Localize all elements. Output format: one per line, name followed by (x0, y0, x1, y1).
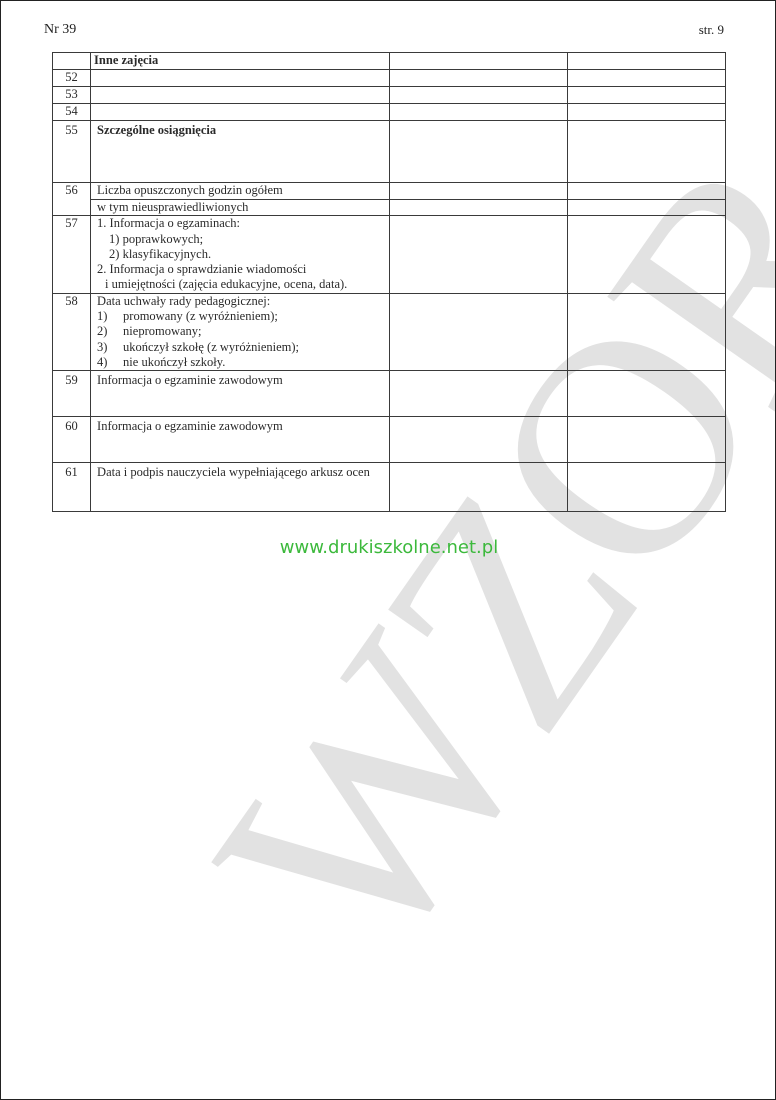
entry-cell[interactable] (567, 417, 725, 463)
row-label: 1. Informacja o egzaminach: 1) poprawkow… (91, 216, 390, 293)
row-label: w tym nieusprawiedliwionych (91, 200, 390, 216)
table-row-special-achievements: 55 Szczególne osiągnięcia (53, 121, 726, 183)
list-item-number: 1) (97, 309, 123, 324)
row-number: 52 (53, 70, 91, 87)
entry-cell[interactable] (567, 121, 725, 183)
table-row-teacher-signature: 61 Data i podpis nauczyciela wypełniając… (53, 463, 726, 512)
row-label: Data i podpis nauczyciela wypełniającego… (91, 463, 390, 512)
entry-cell[interactable] (567, 463, 725, 512)
row-label-title: Data uchwały rady pedagogicznej: (97, 294, 383, 309)
entry-cell[interactable] (390, 183, 567, 200)
entry-cell[interactable] (390, 121, 567, 183)
entry-cell[interactable] (390, 371, 567, 417)
list-item: 4)nie ukończył szkoły. (97, 355, 383, 370)
entry-cell[interactable] (390, 104, 567, 121)
entry-cell[interactable] (567, 200, 725, 216)
entry-cell[interactable] (567, 371, 725, 417)
row-label[interactable] (91, 104, 390, 121)
entry-cell[interactable] (567, 104, 725, 121)
list-item: 1)promowany (z wyróżnieniem); (97, 309, 383, 324)
table-row-section-header: Inne zajęcia (53, 53, 726, 70)
entry-cell[interactable] (567, 87, 725, 104)
row-number: 59 (53, 371, 91, 417)
row-number: 55 (53, 121, 91, 183)
table-row: 52 (53, 70, 726, 87)
row-label-line: 2) klasyfikacyjnych. (97, 247, 383, 262)
list-item-text: niepromowany; (123, 324, 201, 338)
entry-cell[interactable] (390, 463, 567, 512)
table-row: 54 (53, 104, 726, 121)
grade-sheet-table: Inne zajęcia 52 53 54 55 Szczególne osią… (52, 52, 726, 512)
row-number: 60 (53, 417, 91, 463)
row-label: Szczególne osiągnięcia (91, 121, 390, 183)
row-number: 57 (53, 216, 91, 293)
entry-cell[interactable] (567, 183, 725, 200)
list-item: 2)niepromowany; (97, 324, 383, 339)
row-label-line: 1) poprawkowych; (97, 232, 383, 247)
entry-cell[interactable] (390, 53, 567, 70)
table-row-absences-unexcused: w tym nieusprawiedliwionych (53, 200, 726, 216)
entry-cell[interactable] (390, 216, 567, 293)
entry-cell[interactable] (390, 293, 567, 370)
row-label-line: 1. Informacja o egzaminach: (97, 216, 383, 231)
table-row-absences: 56 Liczba opuszczonych godzin ogółem (53, 183, 726, 200)
entry-cell[interactable] (390, 200, 567, 216)
row-number: 54 (53, 104, 91, 121)
page-number: str. 9 (699, 22, 724, 38)
table-row-exams: 57 1. Informacja o egzaminach: 1) popraw… (53, 216, 726, 293)
table-row-vocational-exam: 59 Informacja o egzaminie zawodowym (53, 371, 726, 417)
table-row-council-resolution: 58 Data uchwały rady pedagogicznej: 1)pr… (53, 293, 726, 370)
table-row: 53 (53, 87, 726, 104)
entry-cell[interactable] (390, 417, 567, 463)
row-label[interactable] (91, 70, 390, 87)
entry-cell[interactable] (390, 87, 567, 104)
section-header: Inne zajęcia (91, 53, 390, 70)
row-number: 58 (53, 293, 91, 370)
list-item-text: promowany (z wyróżnieniem); (123, 309, 278, 323)
row-number: 56 (53, 183, 91, 216)
table-row-vocational-exam: 60 Informacja o egzaminie zawodowym (53, 417, 726, 463)
row-label: Informacja o egzaminie zawodowym (91, 371, 390, 417)
row-label-line: 2. Informacja o sprawdzianie wiadomości (97, 262, 383, 277)
document-page: WZOR Nr 39 str. 9 Inne zajęcia 52 53 54 (0, 0, 776, 1100)
row-number: 61 (53, 463, 91, 512)
entry-cell[interactable] (567, 293, 725, 370)
row-label: Data uchwały rady pedagogicznej: 1)promo… (91, 293, 390, 370)
row-label: Informacja o egzaminie zawodowym (91, 417, 390, 463)
website-link[interactable]: www.drukiszkolne.net.pl (1, 537, 776, 558)
document-number: Nr 39 (44, 22, 76, 38)
list-item-number: 2) (97, 324, 123, 339)
row-number-cell (53, 53, 91, 70)
entry-cell[interactable] (567, 70, 725, 87)
entry-cell[interactable] (567, 216, 725, 293)
entry-cell[interactable] (567, 53, 725, 70)
list-item-number: 3) (97, 340, 123, 355)
entry-cell[interactable] (390, 70, 567, 87)
row-label: Liczba opuszczonych godzin ogółem (91, 183, 390, 200)
list-item: 3)ukończył szkołę (z wyróżnieniem); (97, 340, 383, 355)
row-label[interactable] (91, 87, 390, 104)
row-label-line: i umiejętności (zajęcia edukacyjne, ocen… (97, 277, 383, 292)
list-item-text: ukończył szkołę (z wyróżnieniem); (123, 340, 299, 354)
row-number: 53 (53, 87, 91, 104)
list-item-number: 4) (97, 355, 123, 370)
list-item-text: nie ukończył szkoły. (123, 355, 225, 369)
